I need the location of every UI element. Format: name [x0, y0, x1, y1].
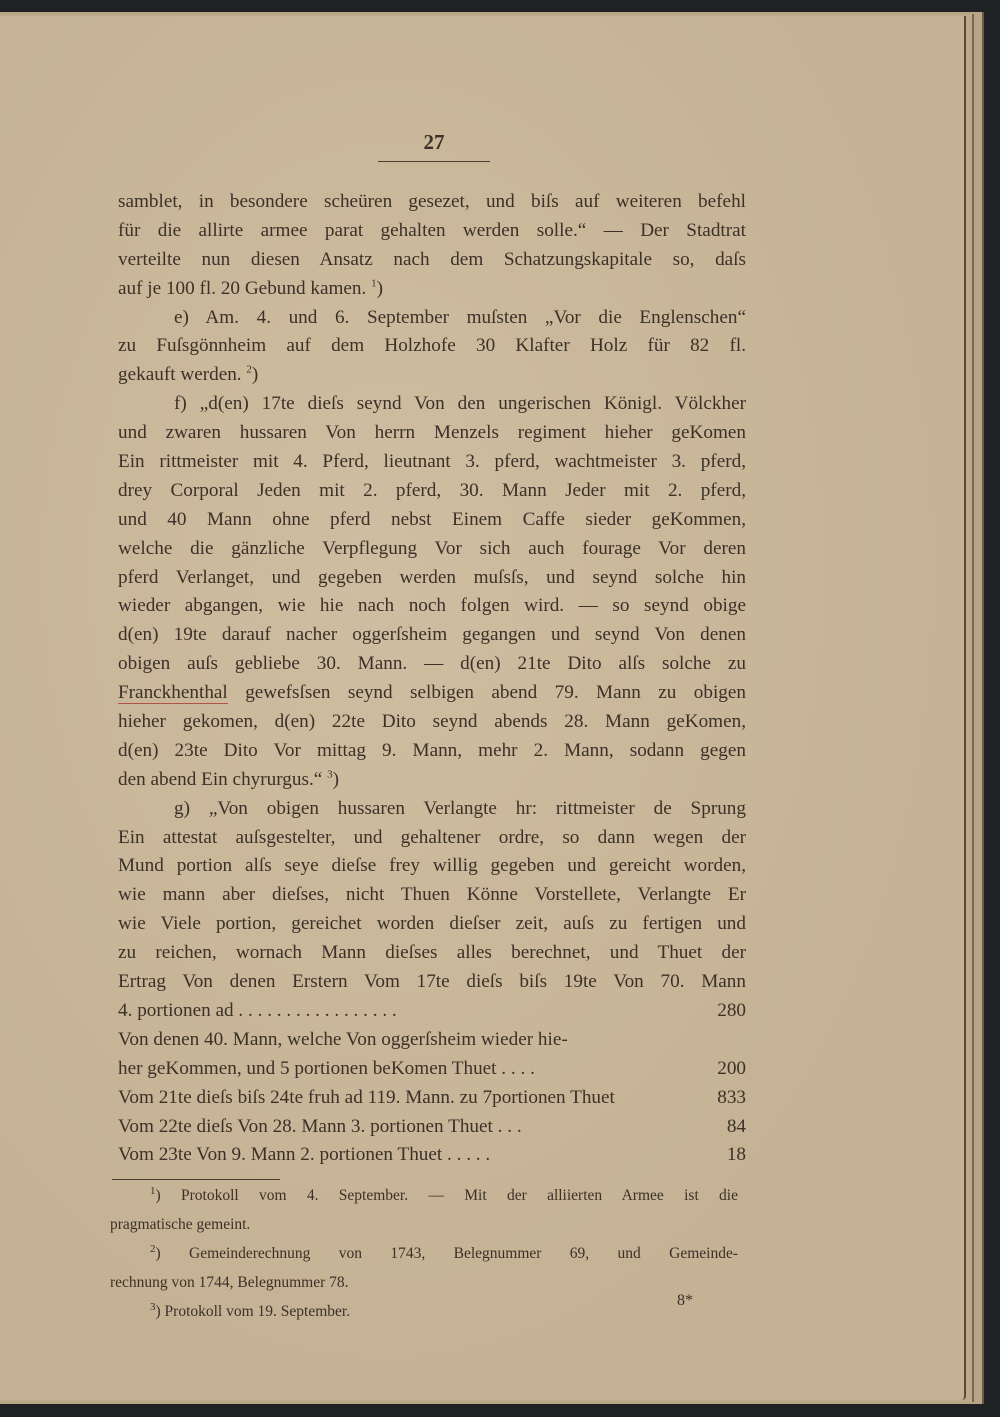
text-line: welche die gänzliche Verpflegung Vor sic… [118, 535, 746, 564]
signature-mark: 8* [677, 1292, 693, 1310]
row-amount: 18 [684, 1141, 746, 1170]
paragraph-g-start: g) „Von obigen hussaren Verlangte hr: ri… [118, 795, 746, 824]
book-page: 27 samblet, in besondere scheüren geseze… [0, 16, 966, 1400]
text-line: wie Viele portion, gereichet worden dieſ… [118, 910, 746, 939]
text-line: pferd Verlanget, und gegeben werden muſs… [118, 564, 746, 593]
text-line: auf je 100 fl. 20 Gebund kamen. 1) [118, 275, 746, 304]
text-line: samblet, in besondere scheüren gesezet, … [118, 188, 746, 217]
footnote-ref-1: 1 [371, 277, 377, 289]
paragraph-f-start: f) „d(en) 17te dieſs seynd Von den unger… [118, 390, 746, 419]
table-row: Vom 23te Von 9. Mann 2. portionen Thuet … [118, 1141, 746, 1170]
row-amount: 280 [684, 997, 746, 1026]
text-line: Mund portion alſs seye dieſse frey willi… [118, 852, 746, 881]
row-label: Vom 22te dieſs Von 28. Mann 3. portionen… [118, 1113, 684, 1142]
table-row: 4. portionen ad . . . . . . . . . . . . … [118, 997, 746, 1026]
text-line: Ein attestat auſsgestelter, und gehalten… [118, 824, 746, 853]
row-label: Vom 23te Von 9. Mann 2. portionen Thuet … [118, 1141, 684, 1170]
footnote-rule [112, 1179, 280, 1180]
text-line: wieder abgangen, wie hie nach noch folge… [118, 592, 746, 621]
text-line: zu reichen, wornach Mann dieſses alles b… [118, 939, 746, 968]
footnote-2-cont: rechnung von 1744, Belegnummer 78. [110, 1273, 738, 1302]
text-line: den abend Ein chyrurgus.“ 3) [118, 766, 746, 795]
table-row: Von denen 40. Mann, welche Von oggerſshe… [118, 1026, 746, 1055]
footnote-2: 2) Gemeinderechnung von 1743, Belegnumme… [110, 1244, 738, 1273]
footnote-ref-3: 3 [327, 768, 333, 780]
text-line: für die allirte armee parat gehalten wer… [118, 217, 746, 246]
text-line: drey Corporal Jeden mit 2. pferd, 30. Ma… [118, 477, 746, 506]
text-line: d(en) 23te Dito Vor mittag 9. Mann, mehr… [118, 737, 746, 766]
text-line: hieher gekomen, d(en) 22te Dito seynd ab… [118, 708, 746, 737]
text-line: Franckhenthal gewefsſsen seynd selbigen … [118, 679, 746, 708]
row-amount [684, 1026, 746, 1055]
text-line: d(en) 19te darauf nacher oggerſsheim geg… [118, 621, 746, 650]
table-row: Vom 21te dieſs biſs 24te fruh ad 119. Ma… [118, 1084, 746, 1113]
footnote-ref-2: 2 [246, 364, 252, 376]
row-label: Vom 21te dieſs biſs 24te fruh ad 119. Ma… [118, 1084, 684, 1113]
footnote-3: 3) Protokoll vom 19. September. [110, 1302, 738, 1331]
text-line: und 40 Mann ohne pferd nebst Einem Caffe… [118, 506, 746, 535]
text-line: und zwaren hussaren Von herrn Menzels re… [118, 419, 746, 448]
row-label: 4. portionen ad . . . . . . . . . . . . … [118, 997, 684, 1026]
text-line: gekauft werden. 2) [118, 361, 746, 390]
row-amount: 833 [684, 1084, 746, 1113]
footnote-1-cont: pragmatische gemeint. [110, 1215, 738, 1244]
footnotes: 1) Protokoll vom 4. September. — Mit der… [110, 1186, 738, 1330]
underlined-place-name: Franckhenthal [118, 682, 228, 704]
row-label: Von denen 40. Mann, welche Von oggerſshe… [118, 1026, 684, 1055]
row-label: her geKommen, und 5 portionen beKomen Th… [118, 1055, 684, 1084]
page-number: 27 [378, 130, 490, 155]
text-line: Ertrag Von denen Erstern Vom 17te dieſs … [118, 968, 746, 997]
header-rule [378, 161, 490, 162]
text-line: wie mann aber dieſses, nicht Thuen Könne… [118, 881, 746, 910]
footnote-1: 1) Protokoll vom 4. September. — Mit der… [110, 1186, 738, 1215]
row-amount: 84 [684, 1113, 746, 1142]
text-line: obigen auſs gebliebe 30. Mann. — d(en) 2… [118, 650, 746, 679]
portion-table: 4. portionen ad . . . . . . . . . . . . … [118, 997, 746, 1170]
row-amount: 200 [684, 1055, 746, 1084]
text-line: verteilte nun diesen Ansatz nach dem Sch… [118, 246, 746, 275]
text-line: Ein rittmeister mit 4. Pferd, lieutnant … [118, 448, 746, 477]
table-row: her geKommen, und 5 portionen beKomen Th… [118, 1055, 746, 1084]
table-row: Vom 22te dieſs Von 28. Mann 3. portionen… [118, 1113, 746, 1142]
body-text: samblet, in besondere scheüren gesezet, … [118, 188, 746, 1170]
paragraph-e-start: e) Am. 4. und 6. September muſsten „Vor … [118, 304, 746, 333]
text-line: zu Fuſsgönnheim auf dem Holzhofe 30 Klaf… [118, 332, 746, 361]
